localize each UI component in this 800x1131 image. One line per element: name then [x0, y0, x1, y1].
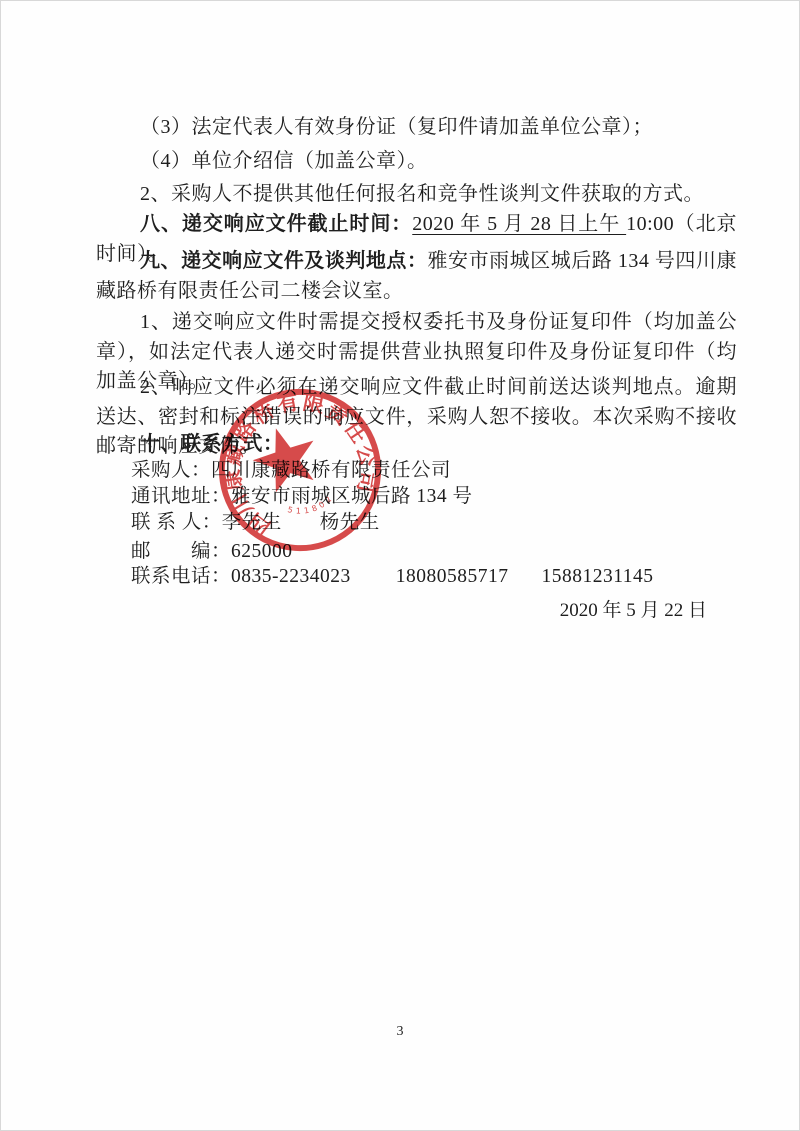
contact-row-phones: 联系电话：0835-22340231808058571715881231145 — [96, 564, 737, 590]
section-9-location: 九、递交响应文件及谈判地点：雅安市雨城区城后路 134 号四川康藏路桥有限责任公… — [96, 247, 737, 306]
section-9-heading: 九、递交响应文件及谈判地点： — [140, 250, 428, 272]
contact-row-address: 通讯地址：雅安市雨城区城后路 134 号 — [96, 484, 737, 510]
phone-number-3: 15881231145 — [542, 566, 654, 587]
contact-row-buyer: 采购人：四川康藏路桥有限责任公司 — [96, 458, 737, 484]
person-label: 联 系 人： — [131, 512, 222, 533]
contact-row-persons: 联 系 人：李先生杨先生 — [96, 510, 737, 536]
phone-number-1: 0835-2234023 — [231, 566, 351, 587]
buyer-value: 四川康藏路桥有限责任公司 — [211, 460, 451, 481]
buyer-label: 采购人： — [131, 460, 211, 481]
phone-label: 联系电话： — [131, 566, 231, 587]
contact-person-1: 李先生 — [222, 512, 282, 533]
document-page: （3）法定代表人有效身份证（复印件请加盖单位公章）； （4）单位介绍信（加盖公章… — [0, 0, 800, 1131]
list-item-4: （4）单位介绍信（加盖公章）。 — [96, 147, 737, 177]
address-label: 通讯地址： — [131, 486, 231, 507]
document-date: 2020 年 5 月 22 日 — [96, 598, 737, 624]
page-number: 3 — [0, 1024, 800, 1040]
zip-value: 625000 — [231, 541, 293, 562]
section-8-heading: 八、递交响应文件截止时间： — [140, 213, 412, 235]
phone-number-2: 18080585717 — [396, 566, 509, 587]
paragraph-no-other-methods: 2、采购人不提供其他任何报名和竞争性谈判文件获取的方式。 — [96, 180, 737, 210]
address-value: 雅安市雨城区城后路 134 号 — [231, 486, 473, 507]
section-10-contact-heading: 十、联系方式： — [96, 430, 737, 460]
zip-label: 邮 编： — [131, 541, 231, 562]
contact-row-zip: 邮 编：625000 — [96, 539, 737, 565]
deadline-date-underlined: 2020 年 5 月 28 日上午 — [412, 213, 626, 235]
contact-person-2: 杨先生 — [320, 512, 380, 533]
list-item-3: （3）法定代表人有效身份证（复印件请加盖单位公章）； — [96, 113, 737, 143]
